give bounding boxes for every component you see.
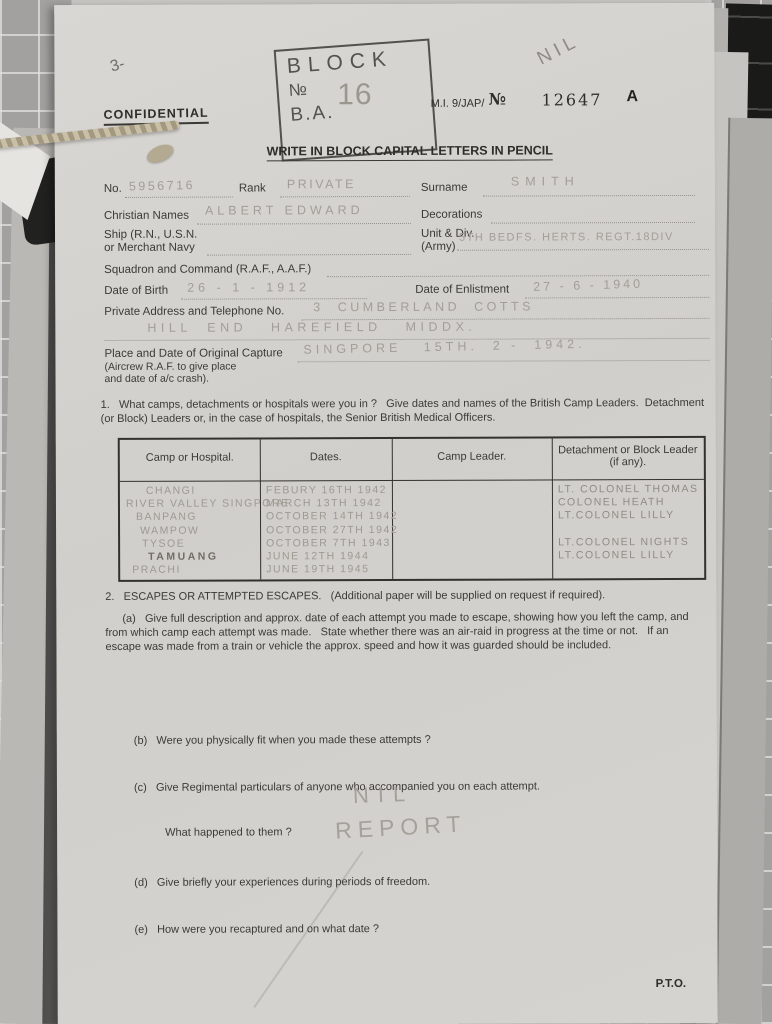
- question2b: (b) Were you physically fit when you mad…: [134, 734, 431, 747]
- field-label-unit-army: (Army): [421, 241, 456, 253]
- table-header-camp: Camp or Hospital.: [120, 451, 260, 463]
- mi9-reference-prefix: M.I. 9/JAP/: [431, 98, 485, 110]
- mi9-reference-suffix: A: [627, 88, 639, 106]
- table-border: [552, 438, 553, 578]
- question1-line1: 1. What camps, detachments or hospitals …: [101, 397, 705, 411]
- field-value-christian-names: ALBERT EDWARD: [205, 203, 364, 218]
- field-label-ship-2: or Merchant Navy: [104, 242, 195, 254]
- table-row: LT.COLONEL LILLY: [558, 549, 702, 563]
- camps-table: Camp or Hospital. Dates. Camp Leader. De…: [118, 436, 706, 582]
- question1-line2: (or Block) Leaders or, in the case of ho…: [101, 412, 496, 425]
- field-note-capture-1: (Aircrew R.A.F. to give place: [104, 361, 236, 373]
- field-label-squadron: Squadron and Command (R.A.F., A.A.F.): [104, 263, 311, 276]
- table-row: MARCH 13TH 1942: [266, 497, 392, 511]
- nil-handwritten-note: NIL: [534, 30, 584, 70]
- table-row: JUNE 19TH 1945: [266, 563, 392, 577]
- field-label-date-of-enlistment: Date of Enlistment: [415, 284, 509, 296]
- table-row: [398, 549, 548, 563]
- table-row: [398, 523, 548, 537]
- field-label-decorations: Decorations: [421, 209, 482, 221]
- table-column-leaders: [398, 483, 548, 576]
- table-row: [398, 510, 548, 524]
- mi9-reference-number: 12647: [542, 90, 603, 109]
- field-label-christian-names: Christian Names: [104, 210, 189, 222]
- field-label-capture: Place and Date of Original Capture: [104, 347, 282, 360]
- table-row: LT.COLONEL LILLY: [558, 509, 702, 523]
- field-label-surname: Surname: [421, 182, 468, 194]
- table-row: TAMUANG: [126, 550, 260, 564]
- instruction-heading: WRITE IN BLOCK CAPITAL LETTERS IN PENCIL: [215, 143, 605, 158]
- table-row: CHANGI: [126, 484, 260, 498]
- table-row: PRACHI: [126, 564, 260, 578]
- table-row: OCTOBER 14TH 1942: [266, 510, 392, 524]
- field-label-rank: Rank: [239, 182, 266, 194]
- table-row: COLONEL HEATH: [558, 496, 702, 510]
- question2-heading: 2. ESCAPES OR ATTEMPTED ESCAPES. (Additi…: [105, 589, 605, 603]
- field-value-surname: SMITH: [511, 174, 580, 188]
- table-header-leader: Camp Leader.: [392, 450, 552, 463]
- question2a-line1: (a) Give full description and approx. da…: [122, 611, 688, 625]
- table-column-dates: FEBURY 16TH 1942 MARCH 13TH 1942 OCTOBER…: [266, 484, 392, 577]
- table-row: [558, 523, 702, 537]
- table-header-block-leader: Detachment or Block Leader (if any).: [558, 444, 698, 468]
- question2a-line2: from which camp each attempt was made. S…: [105, 625, 668, 639]
- table-row: [558, 562, 702, 576]
- instruction-text: WRITE IN BLOCK CAPITAL LETTERS IN PENCIL: [267, 143, 553, 161]
- field-value-date-of-birth: 26 - 1 - 1912: [187, 280, 310, 294]
- table-row: WAMPOW: [126, 524, 260, 538]
- stamp-no-label: №: [288, 80, 308, 101]
- question2a-line3: escape was made from a train or vehicle …: [105, 639, 611, 653]
- table-row: OCTOBER 7TH 1943: [266, 537, 392, 551]
- table-row: TYSOE: [126, 537, 260, 551]
- field-value-date-of-enlistment: 27 - 6 - 1940: [533, 277, 643, 294]
- question2c-what-happened: What happened to them ?: [165, 826, 292, 838]
- field-value-address-1: 3 CUMBERLAND COTTS: [313, 299, 534, 314]
- table-header-dates: Dates.: [260, 451, 392, 463]
- question2e: (e) How were you recaptured and on what …: [134, 923, 379, 936]
- table-row: FEBURY 16TH 1942: [266, 484, 392, 498]
- field-value-rank: PRIVATE: [287, 177, 356, 191]
- field-value-service-number: 5956716: [129, 178, 195, 193]
- stamp-block-word: BLOCK: [286, 45, 419, 79]
- table-row: LT. COLONEL THOMAS: [558, 483, 702, 497]
- table-row: [398, 497, 548, 511]
- field-label-ship-1: Ship (R.N., U.S.N.: [104, 229, 197, 241]
- field-label-address: Private Address and Telephone No.: [104, 305, 284, 318]
- stamp-no-value-handwritten: 16: [337, 78, 372, 112]
- table-column-camps: CHANGI RIVER VALLEY SINGPORE BANPANG WAM…: [126, 484, 260, 577]
- field-label-date-of-birth: Date of Birth: [104, 285, 168, 297]
- table-row: BANPANG: [126, 511, 260, 525]
- table-column-block-leaders: LT. COLONEL THOMAS COLONEL HEATH LT.COLO…: [558, 483, 702, 576]
- nil-report-handwritten-line2: REPORT: [334, 810, 467, 844]
- table-row: RIVER VALLEY SINGPORE: [126, 498, 260, 512]
- pto-label: P.T.O.: [656, 978, 687, 990]
- field-value-unit: 5TH BEDFS. HERTS. REGT.18DIV: [459, 231, 674, 244]
- table-row: [398, 536, 548, 550]
- field-value-address-2: HILL END HAREFIELD MIDDX.: [147, 320, 476, 335]
- pencil-scribble: 3-: [108, 55, 126, 76]
- mi9-no-label: №: [489, 90, 506, 109]
- table-row: [398, 563, 548, 577]
- question2d: (d) Give briefly your experiences during…: [134, 876, 430, 889]
- table-row: [398, 483, 548, 497]
- question2c: (c) Give Regimental particulars of anyon…: [134, 780, 540, 793]
- field-label-no: No.: [104, 183, 122, 195]
- table-row: JUNE 12TH 1944: [266, 550, 392, 564]
- table-border: [120, 479, 704, 482]
- table-row: OCTOBER 27TH 1942: [266, 524, 392, 538]
- table-row: LT.COLONEL NIGHTS: [558, 536, 702, 550]
- field-note-capture-2: and date of a/c crash).: [105, 373, 210, 385]
- nil-report-handwritten-line1: NIL: [353, 781, 415, 809]
- scanned-document-scene: 3- CONFIDENTIAL BLOCK № 16 B.A. M.I. 9/J…: [0, 0, 772, 1024]
